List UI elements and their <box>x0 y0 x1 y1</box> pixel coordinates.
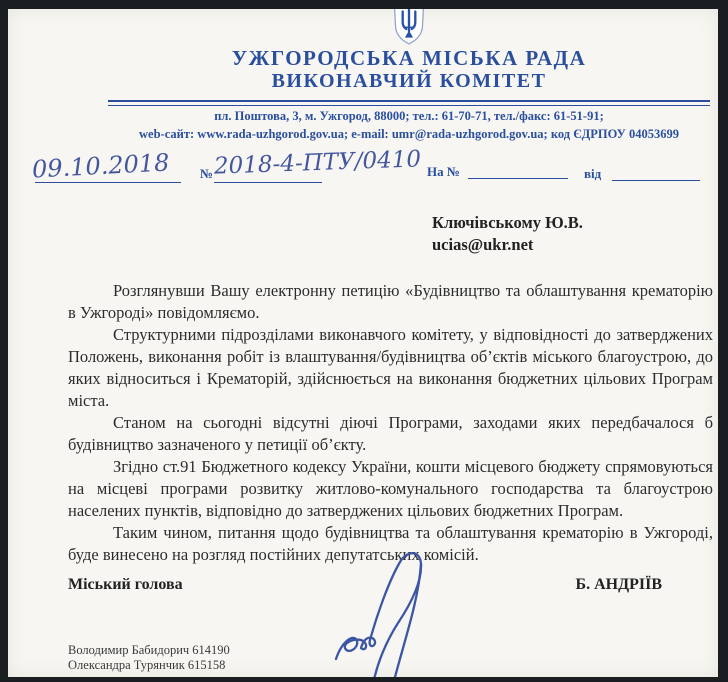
number-underline <box>214 182 322 183</box>
executor-contact-1: Володимир Бабидорич 614190 <box>68 643 230 658</box>
signer-name: Б. АНДРІЇВ <box>576 576 662 594</box>
reference-line: 09.10.2018 № 2018-4-ПТУ/0410 На № від <box>8 150 718 196</box>
org-address-line: пл. Поштова, 3, м. Ужгород, 88000; тел.:… <box>108 108 710 124</box>
paragraph: Таким чином, питання щодо будівництва та… <box>68 522 713 566</box>
letterhead: УЖГОРОДСЬКА МІСЬКА РАДА ВИКОНАВЧИЙ КОМІТ… <box>108 9 710 142</box>
handwritten-outgoing-number: 2018-4-ПТУ/0410 <box>214 146 422 179</box>
handwritten-date: 09.10.2018 <box>31 148 170 183</box>
handwritten-signature <box>330 547 460 677</box>
signature-row: Міський голова Б. АНДРІЇВ <box>68 576 662 594</box>
recipient-name: Ключівському Ю.В. <box>432 212 718 234</box>
executor-contacts: Володимир Бабидорич 614190 Олександра Ту… <box>68 643 230 673</box>
org-title: УЖГОРОДСЬКА МІСЬКА РАДА <box>108 47 710 70</box>
ukraine-trident-emblem-icon <box>391 9 427 45</box>
recipient-block: Ключівському Ю.В. ucias@ukr.net <box>432 212 718 256</box>
letter-body: Розглянувши Вашу електронну петицію «Буд… <box>68 280 713 566</box>
org-subtitle: ВИКОНАВЧИЙ КОМІТЕТ <box>108 70 710 93</box>
date-underline <box>35 182 181 183</box>
letterhead-divider <box>108 100 710 106</box>
number-sign: № <box>200 166 213 182</box>
paragraph: Станом на сьогодні відсутні діючі Програ… <box>68 412 713 456</box>
executor-contact-2: Олександра Турянчик 615158 <box>68 658 230 673</box>
in-reply-to-underline <box>468 178 568 179</box>
scanned-letter: { "letterhead": { "title_line1": "УЖГОРО… <box>0 0 728 682</box>
from-date-label: від <box>584 166 601 182</box>
paragraph: Структурними підрозділами виконавчого ко… <box>68 324 713 412</box>
signer-position: Міський голова <box>68 576 183 594</box>
paragraph: Згідно ст.91 Бюджетного кодексу України,… <box>68 456 713 522</box>
paragraph: Розглянувши Вашу електронну петицію «Буд… <box>68 280 713 324</box>
org-contact-line: web-сайт: www.rada-uzhgorod.gov.ua; e-ma… <box>108 126 710 142</box>
recipient-email: ucias@ukr.net <box>432 234 718 256</box>
in-reply-to-label: На № <box>427 164 460 180</box>
from-date-underline <box>612 180 700 181</box>
letter-page: УЖГОРОДСЬКА МІСЬКА РАДА ВИКОНАВЧИЙ КОМІТ… <box>8 9 718 677</box>
